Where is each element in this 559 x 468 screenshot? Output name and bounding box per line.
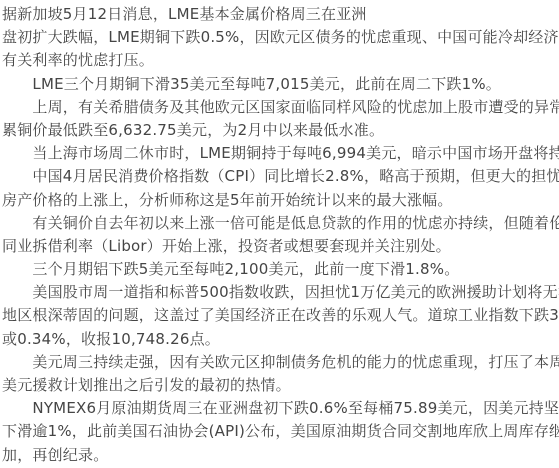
text-line: 三个月期铝下跌5美元至每吨2,100美元，此前一度下滑1.8%。: [0, 258, 559, 281]
text-line: 据新加坡5月12日消息，LME基本金属价格周三在亚洲: [0, 3, 559, 26]
text-line: 当上海市场周二休市时，LME期铜持于每吨6,994美元，暗示中国市场开盘将持稳。: [0, 142, 559, 165]
text-line: 或0.34%，收报10,748.26点。: [0, 328, 559, 351]
text-line: 地区根深蒂固的问题，这盖过了美国经济正在改善的乐观人气。道琼工业指数下跌36.8…: [0, 304, 559, 327]
text-line: 中国4月居民消费价格指数（CPI）同比增长2.8%，略高于预期，但更大的担忧或许…: [0, 165, 559, 188]
text-line: LME三个月期铜下滑35美元至每吨7,015美元，此前在周二下跌1%。: [0, 73, 559, 96]
text-line: 累铜价最低跌至6,632.75美元，为2月中以来最低水准。: [0, 119, 559, 142]
text-line: 同业拆借利率（Libor）开始上涨，投资者或想要套现并关注别处。: [0, 235, 559, 258]
text-line: NYMEX6月原油期货周三在亚洲盘初下跌0.6%至每桶75.89美元，因美元持坚…: [0, 397, 559, 420]
text-line: 下滑逾1%，此前美国石油协会(API)公布，美国原油期货合同交割地库欣上周库存继…: [0, 420, 559, 443]
text-line: 盘初扩大跌幅，LME期铜下跌0.5%，因欧元区债务的忧虑重现、中国可能冷却经济增…: [0, 26, 559, 49]
text-line: 房产价格的上涨上，分析师称这是5年前开始统计以来的最大涨幅。: [0, 189, 559, 212]
text-line: 加，再创纪录。: [0, 444, 559, 467]
text-line: 有关铜价自去年初以来上涨一倍可能是低息贷款的作用的忧虑亦持续，但随着伦敦银行: [0, 212, 559, 235]
news-article-page: 据新加坡5月12日消息，LME基本金属价格周三在亚洲 盘初扩大跌幅，LME期铜下…: [0, 0, 559, 468]
text-line: 美元援救计划推出之后引发的最初的热情。: [0, 374, 559, 397]
text-line: 美国股市周一道指和标普500指数收跌，因担忧1万亿美元的欧洲援助计划将无法解决该: [0, 281, 559, 304]
text-line: 有关利率的忧虑打压。: [0, 49, 559, 72]
text-line: 美元周三持续走强，因有关欧元区抑制债务危机的能力的忧虑重现，打压了本周1万亿: [0, 351, 559, 374]
text-line: 上周，有关希腊债务及其他欧元区国家面临同样风险的忧虑加上股市遭受的异常抛售拖: [0, 96, 559, 119]
